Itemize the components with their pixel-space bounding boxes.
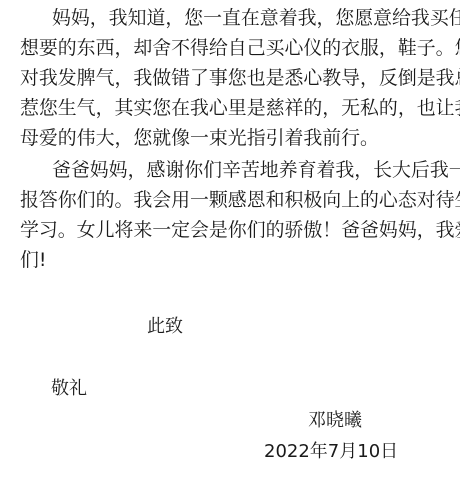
paragraph-2-line-2: 报答你们的。我会用一颗感恩和积极向上的心态对待生活和 xyxy=(20,185,460,215)
paragraph-2-line-3: 学习。女儿将来一定会是你们的骄傲！爸爸妈妈，我爱你 xyxy=(20,215,460,245)
signature: 邓晓曦 xyxy=(308,409,362,433)
paragraph-2-line-4: 们! xyxy=(20,245,46,275)
paragraph-1-line-4: 惹您生气，其实您在我心里是慈祥的，无私的，也让我知道 xyxy=(20,93,460,123)
paragraph-1-line-5: 母爱的伟大，您就像一束光指引着我前行。 xyxy=(20,123,379,153)
closing-text: 此致 xyxy=(147,315,183,339)
paragraph-2-line-1: 爸爸妈妈，感谢你们辛苦地养育着我，长大后我一定会 xyxy=(52,155,460,185)
paragraph-1-line-1: 妈妈，我知道，您一直在意着我，您愿意给我买任何我 xyxy=(52,3,460,33)
date: 2022年7月10日 xyxy=(264,440,398,464)
paragraph-1-line-3: 对我发脾气，我做错了事您也是悉心教导，反倒是我总是会 xyxy=(20,63,460,93)
paragraph-1-line-2: 想要的东西，却舍不得给自己买心仪的衣服，鞋子。您很少 xyxy=(20,33,460,63)
salutation-text: 敬礼 xyxy=(51,377,87,401)
